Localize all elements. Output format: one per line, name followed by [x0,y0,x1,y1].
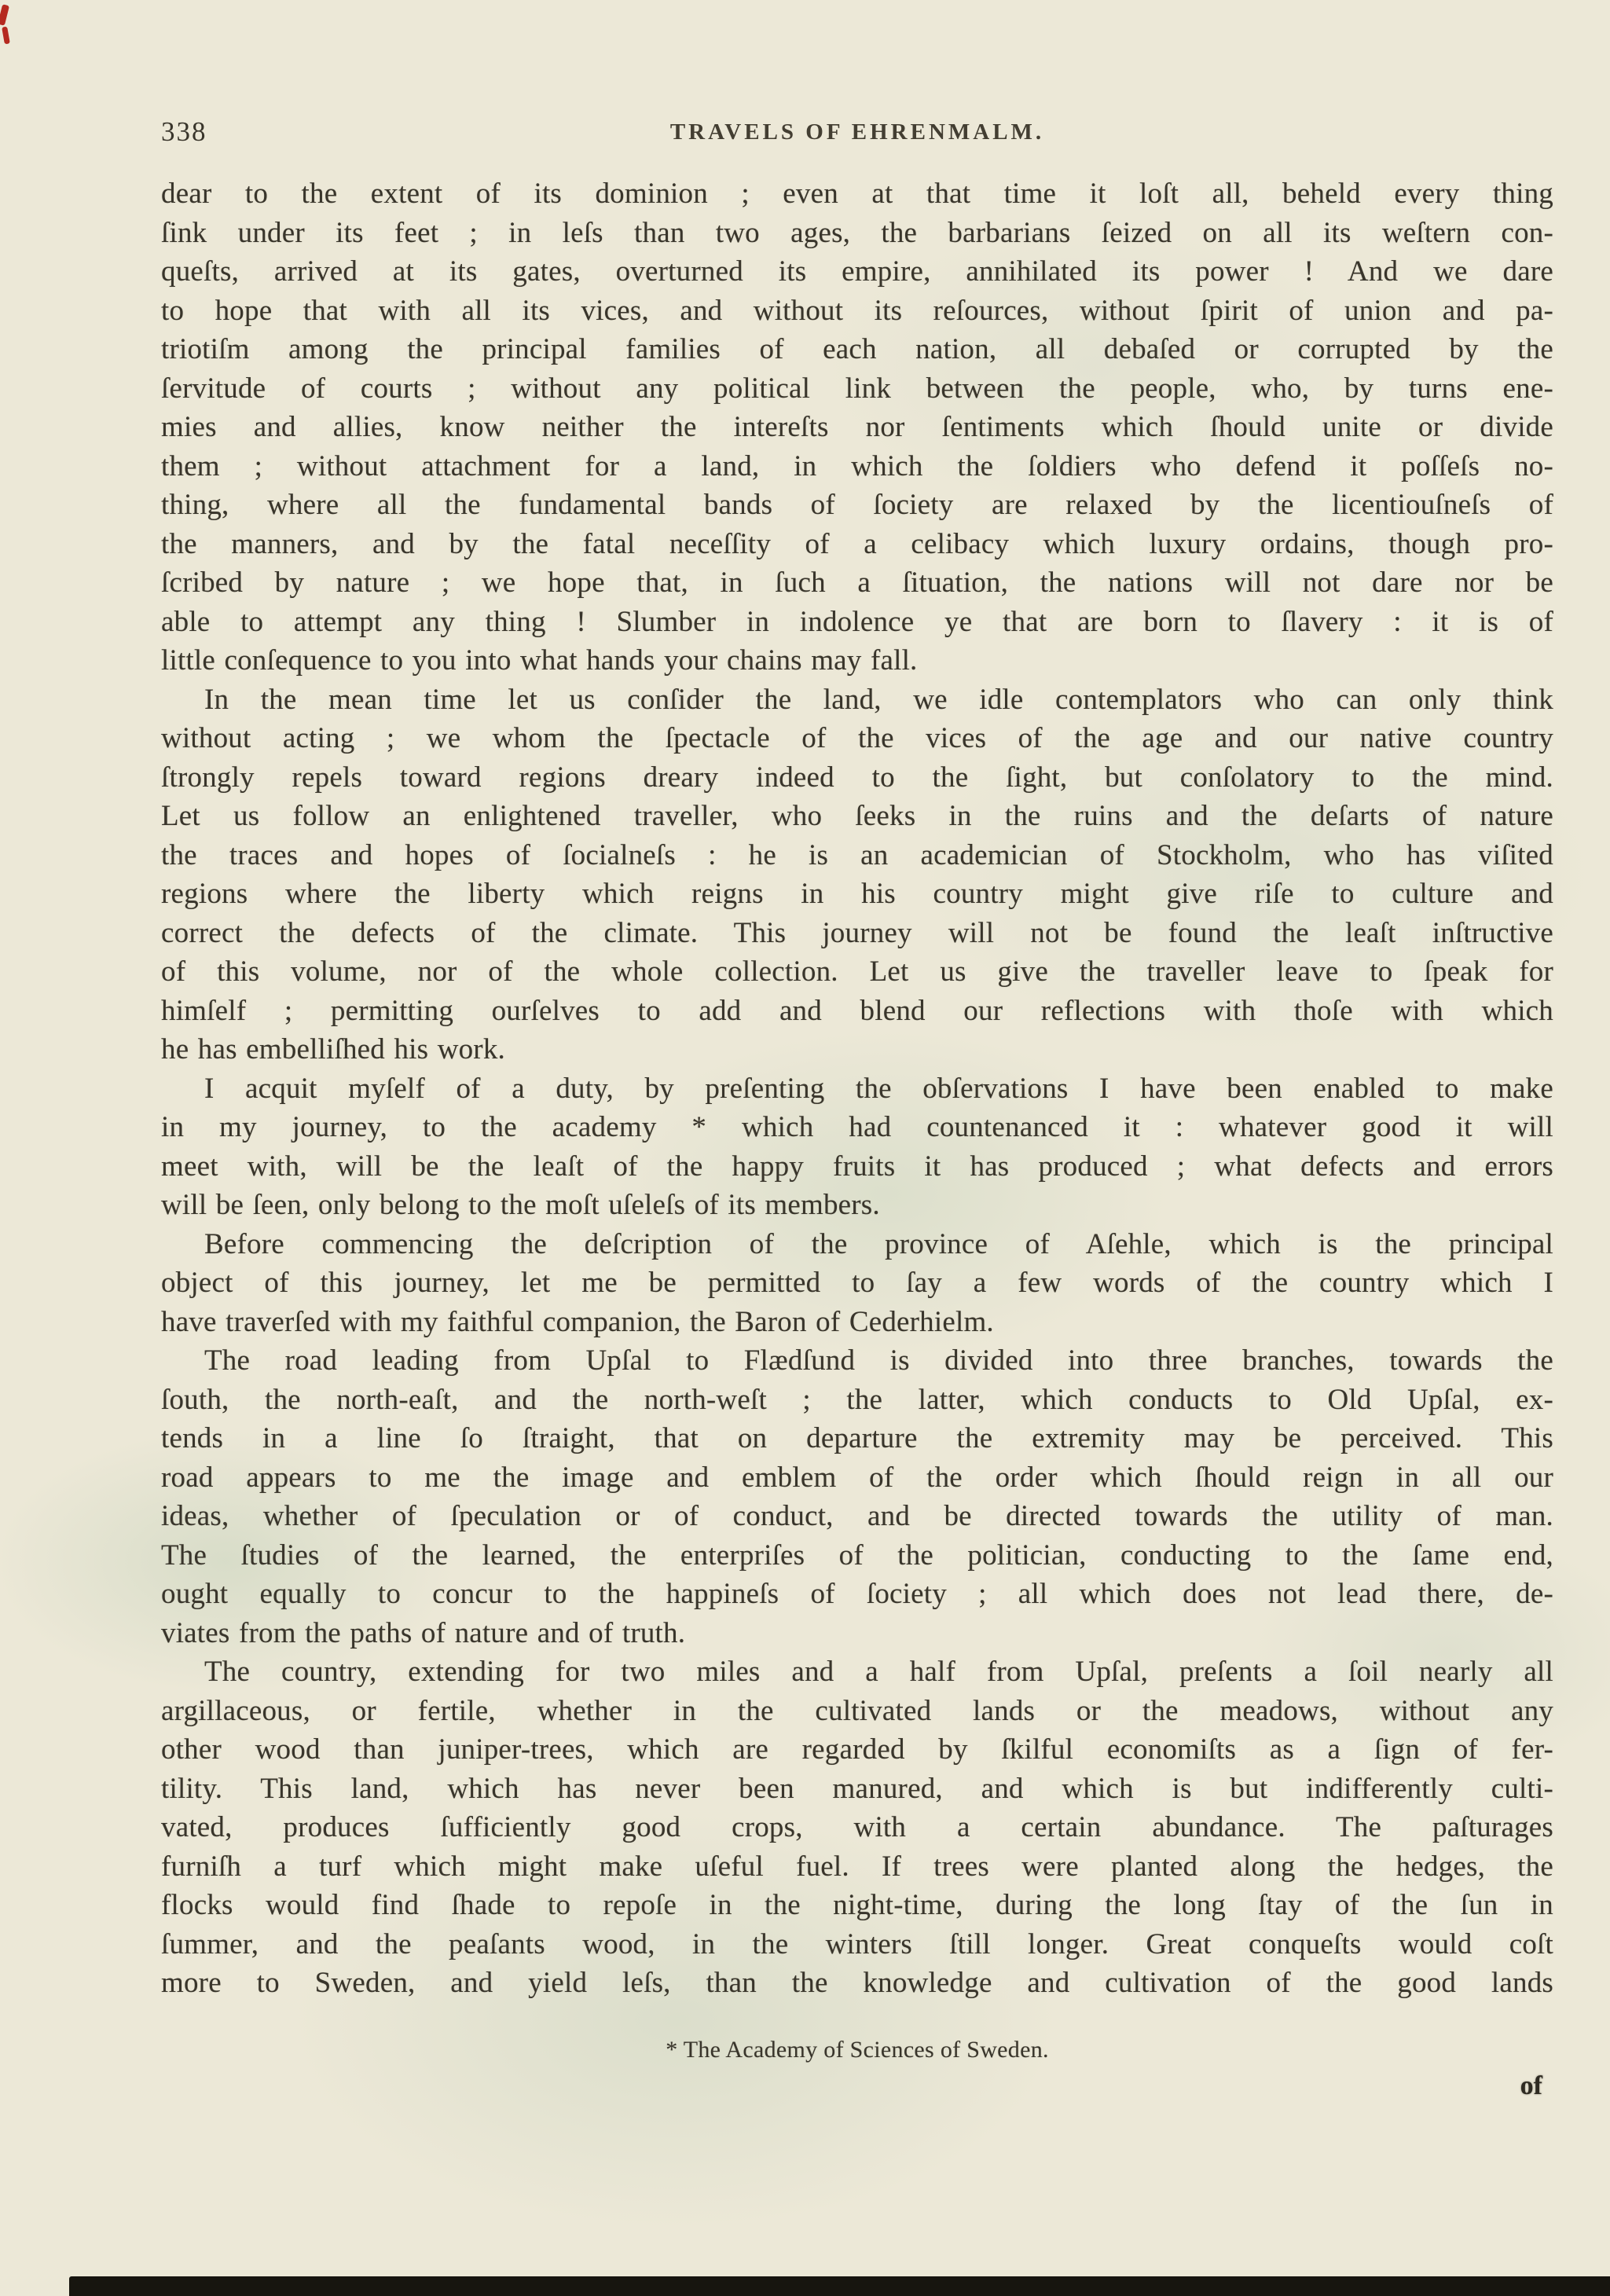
text-line: ought equally to concur to the happineſs… [161,1575,1553,1614]
text-line: the manners, and by the fatal neceſſity … [161,525,1553,564]
footnote: * The Academy of Sciences of Sweden. [161,2037,1553,2063]
text-line: road appears to me the image and emblem … [161,1458,1553,1498]
text-line: mies and allies, know neither the intere… [161,408,1553,447]
text-line: ſummer, and the peaſants wood, in the wi… [161,1925,1553,1964]
text-line: to hope that with all its vices, and wit… [161,292,1553,331]
catchword: of [1520,2071,1542,2101]
text-line: himſelf ; permitting ourſelves to add an… [161,992,1553,1031]
text-line: thing, where all the fundamental bands o… [161,486,1553,525]
text-line: little conſequence to you into what hand… [161,641,1553,680]
body-text: dear to the extent of its dominion ; eve… [161,174,1553,2003]
text-line: of this volume, nor of the whole collect… [161,952,1553,992]
book-page: 338 TRAVELS OF EHRENMALM. dear to the ex… [0,0,1610,2296]
text-line: triotiſm among the principal families of… [161,330,1553,369]
page-header: 338 TRAVELS OF EHRENMALM. [161,115,1553,152]
text-line: other wood than juniper-trees, which are… [161,1730,1553,1770]
text-line: regions where the liberty which reigns i… [161,875,1553,914]
text-line: The country, extending for two miles and… [161,1652,1553,1692]
text-line: without acting ; we whom the ſpectacle o… [161,719,1553,758]
text-line: flocks would find ſhade to repoſe in the… [161,1886,1553,1925]
text-line: ſervitude of courts ; without any politi… [161,369,1553,409]
text-line: in my journey, to the academy * which ha… [161,1108,1553,1147]
text-line: vated, produces ſufficiently good crops,… [161,1808,1553,1847]
text-line: queſts, arrived at its gates, overturned… [161,252,1553,292]
text-line: I acquit myſelf of a duty, by preſenting… [161,1069,1553,1109]
text-line: them ; without attachment for a land, in… [161,447,1553,486]
text-line: tility. This land, which has never been … [161,1770,1553,1809]
scan-artifact-red-mark [0,4,9,25]
text-line: Let us follow an enlightened traveller, … [161,797,1553,836]
text-line: viates from the paths of nature and of t… [161,1614,1553,1653]
text-line: he has embelliſhed his work. [161,1030,1553,1069]
text-line: The ſtudies of the learned, the enterpri… [161,1536,1553,1575]
text-line: more to Sweden, and yield leſs, than the… [161,1964,1553,2003]
text-line: furniſh a turf which might make uſeful f… [161,1847,1553,1887]
text-line: meet with, will be the leaſt of the happ… [161,1147,1553,1187]
text-line: ſouth, the north-eaſt, and the north-weſ… [161,1381,1553,1420]
text-line: tends in a line ſo ſtraight, that on dep… [161,1419,1553,1458]
running-title: TRAVELS OF EHRENMALM. [161,119,1553,145]
text-line: In the mean time let us conſider the lan… [161,680,1553,720]
text-line: ſtrongly repels toward regions dreary in… [161,758,1553,798]
text-line: The road leading from Upſal to Flædſund … [161,1341,1553,1381]
text-line: dear to the extent of its dominion ; eve… [161,174,1553,214]
text-line: argillaceous, or fertile, whether in the… [161,1692,1553,1731]
text-line: have traverſed with my faithful companio… [161,1303,1553,1342]
scan-artifact-red-mark [2,27,10,45]
text-line: will be ſeen, only belong to the moſt uſ… [161,1186,1553,1225]
text-line: Before commencing the deſcription of the… [161,1225,1553,1264]
text-line: ideas, whether of ſpeculation or of cond… [161,1497,1553,1536]
text-line: correct the defects of the climate. This… [161,914,1553,953]
text-line: the traces and hopes of ſocialneſs : he … [161,836,1553,875]
text-line: object of this journey, let me be permit… [161,1264,1553,1303]
scan-edge-bar [69,2276,1610,2296]
text-line: able to attempt any thing ! Slumber in i… [161,603,1553,642]
text-line: ſcribed by nature ; we hope that, in ſuc… [161,563,1553,603]
text-line: ſink under its feet ; in leſs than two a… [161,214,1553,253]
